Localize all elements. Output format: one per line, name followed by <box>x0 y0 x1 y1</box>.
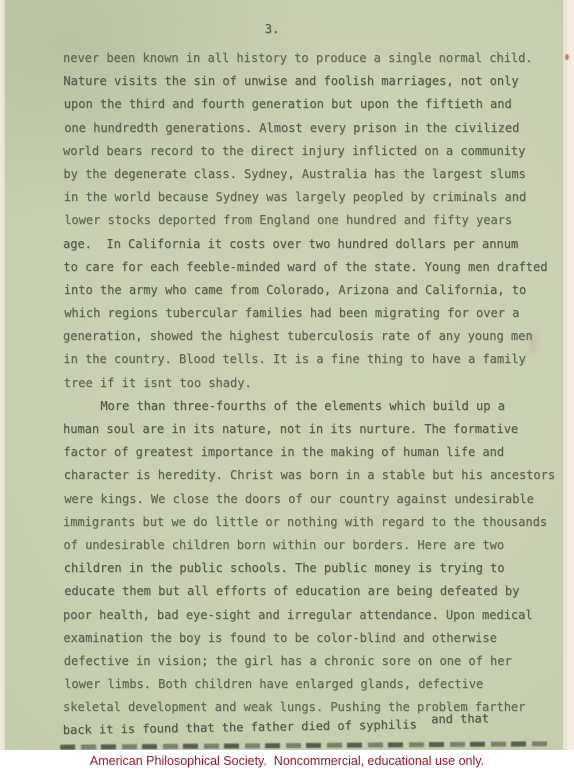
text-line: age. In California it costs over two hun… <box>63 233 563 256</box>
text-line: were kings. We close the doors of our co… <box>64 488 564 511</box>
text-line: Nature visits the sin of unwise and fool… <box>63 70 563 93</box>
raised-text: and that <box>431 708 489 732</box>
page-number: 3. <box>250 22 294 36</box>
red-stain-artifact <box>565 54 569 60</box>
page-left-edge <box>0 0 5 750</box>
text-line: to care for each feeble-minded ward of t… <box>63 256 563 279</box>
text-line: poor health, bad eye-sight and irregular… <box>63 604 563 627</box>
text-line: More than three-fourths of the elements … <box>64 395 564 418</box>
text-line: generation, showed the highest tuberculo… <box>63 325 563 348</box>
text-line: in the country. Blood tells. It is a fin… <box>63 348 563 371</box>
text-line: tree if it isnt too shady. <box>64 372 564 395</box>
text-line: which regions tubercular families had be… <box>64 302 564 325</box>
text-line: lower limbs. Both children have enlarged… <box>64 673 564 696</box>
text-line: defective in vision; the girl has a chro… <box>64 650 564 673</box>
text-line: factor of greatest importance in the mak… <box>63 441 563 464</box>
text-line: examination the boy is found to be color… <box>63 627 563 650</box>
typed-text: never been known in all history to produ… <box>63 47 563 743</box>
text-line: educate them but all efforts of educatio… <box>64 580 564 603</box>
text-line: one hundredth generations. Almost every … <box>64 117 564 140</box>
text-line: immigrants but we do little or nothing w… <box>63 511 563 534</box>
text-line: upon the third and fourth generation but… <box>64 93 564 116</box>
footer-mat: American Philosophical Society. Noncomme… <box>0 750 574 772</box>
text-line: children in the public schools. The publ… <box>64 557 564 580</box>
last-line-text: back it is found that the father died of… <box>63 718 432 738</box>
text-line: never been known in all history to produ… <box>63 47 563 70</box>
text-line: human soul are in its nature, not in its… <box>63 418 563 441</box>
text-line: in the world because Sydney was largely … <box>64 186 564 209</box>
text-line: lower stocks deported from England one h… <box>64 209 564 232</box>
scanned-document-page: 1. 3. never been known in all history to… <box>0 0 574 772</box>
text-line: of undesirable children born within our … <box>63 534 563 557</box>
archive-credit-text: American Philosophical Society. Noncomme… <box>90 754 484 768</box>
text-line: world bears record to the direct injury … <box>63 140 563 163</box>
text-line: into the army who came from Colorado, Ar… <box>64 279 564 302</box>
text-line: character is heredity. Christ was born i… <box>64 464 564 487</box>
text-line: by the degenerate class. Sydney, Austral… <box>63 163 563 186</box>
